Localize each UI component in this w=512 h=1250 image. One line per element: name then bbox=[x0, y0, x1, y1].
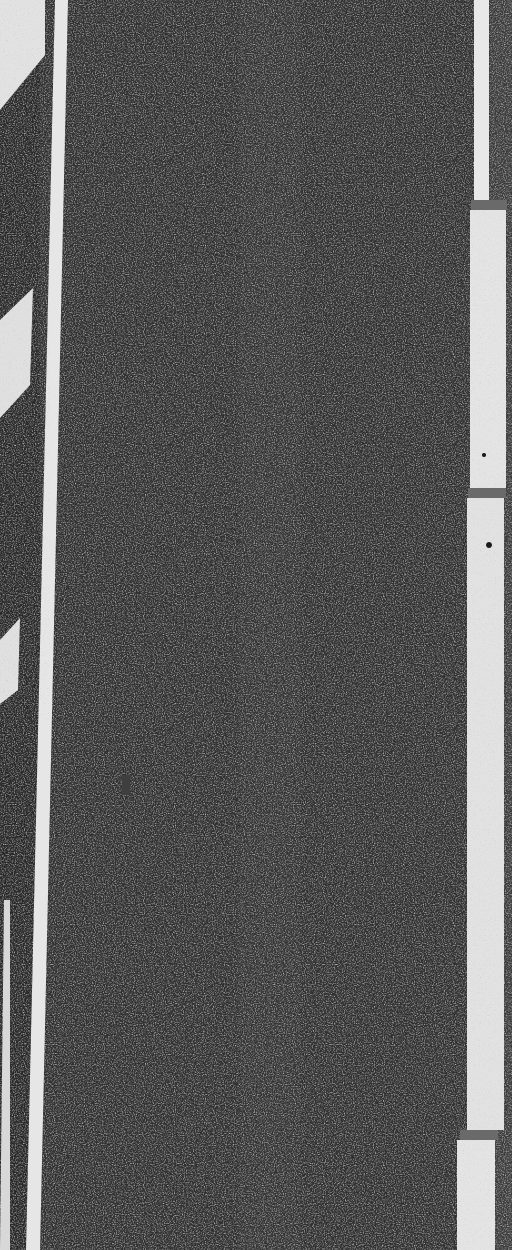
marking-grime bbox=[440, 200, 512, 1250]
pothole-spot bbox=[482, 453, 486, 457]
road-scene bbox=[0, 0, 512, 1250]
chevron-grime bbox=[0, 0, 50, 720]
pothole-spot bbox=[486, 542, 492, 548]
asphalt-texture bbox=[0, 0, 512, 1250]
dark-patch bbox=[122, 775, 130, 795]
